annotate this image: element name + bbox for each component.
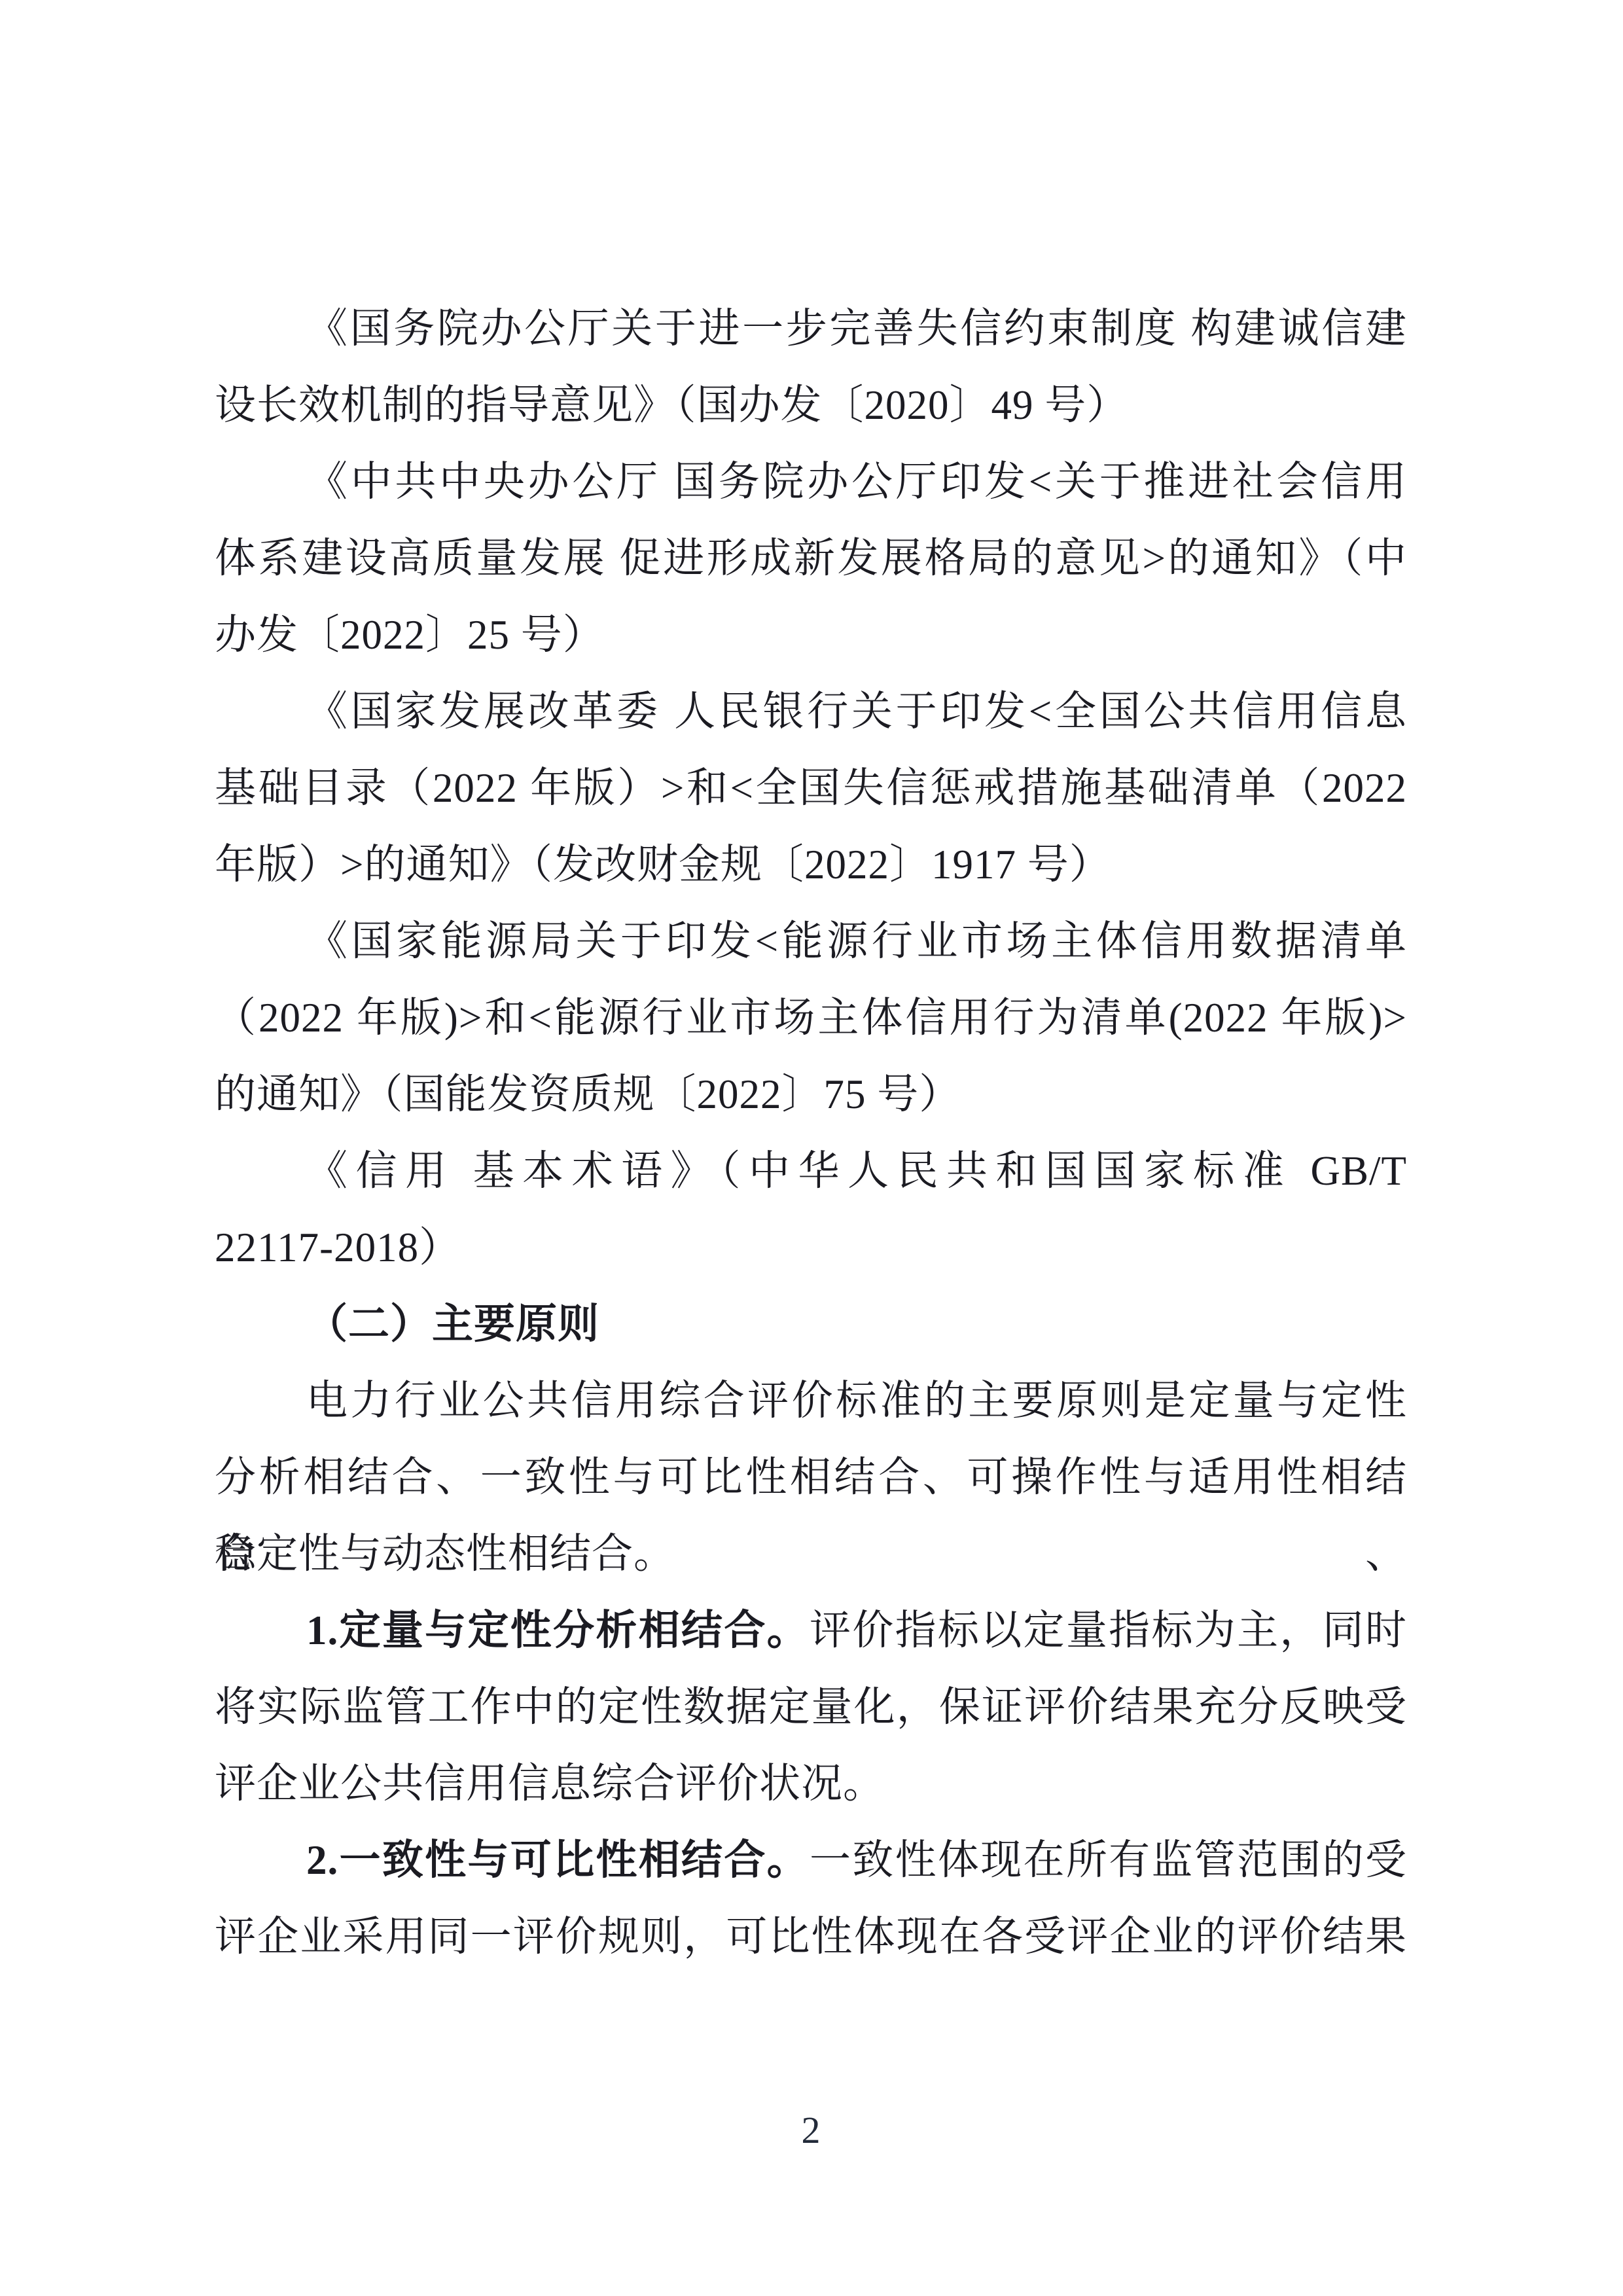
text-line: 《国家能源局关于印发<能源行业市场主体信用数据清单 [215,903,1407,980]
text-line: 《国务院办公厅关于进一步完善失信约束制度 构建诚信建 [215,291,1407,367]
text-line: 1.定量与定性分析相结合。评价指标以定量指标为主，同时 [215,1592,1407,1669]
body-paragraph-principle-2: 2.一致性与可比性相结合。一致性体现在所有监管范围的受 评企业采用同一评价规则，… [215,1822,1407,1975]
text-line: 评企业公共信用信息综合评价状况。 [215,1746,1407,1822]
text-line: 《信用 基本术语》（中华人民共和国国家标准 GB/T [215,1133,1407,1210]
text-line: 体系建设高质量发展 促进形成新发展格局的意见>的通知》（中 [215,520,1407,597]
text-line: 年版）>的通知》（发改财金规〔2022〕1917 号） [215,827,1407,903]
document-page: 《国务院办公厅关于进一步完善失信约束制度 构建诚信建 设长效机制的指导意见》（国… [0,0,1623,2296]
citation-paragraph-zhongbanfa: 《中共中央办公厅 国务院办公厅印发<关于推进社会信用 体系建设高质量发展 促进形… [215,444,1407,673]
text-line: 电力行业公共信用综合评价标准的主要原则是定量与定性 [215,1363,1407,1439]
citation-paragraph-gbt: 《信用 基本术语》（中华人民共和国国家标准 GB/T 22117-2018） [215,1133,1407,1286]
citation-paragraph-guonengfa: 《国家能源局关于印发<能源行业市场主体信用数据清单 （2022 年版)>和<能源… [215,903,1407,1133]
text-line: 的通知》（国能发资质规〔2022〕75 号） [215,1056,1407,1133]
principle-2-lead-text: 一致性体现在所有监管范围的受 [810,1837,1407,1883]
text-line: 分析相结合、一致性与可比性相结合、可操作性与适用性相结合、 [215,1439,1407,1516]
text-line: 《中共中央办公厅 国务院办公厅印发<关于推进社会信用 [215,444,1407,520]
body-paragraph-principles-overview: 电力行业公共信用综合评价标准的主要原则是定量与定性 分析相结合、一致性与可比性相… [215,1363,1407,1592]
text-line: 《国家发展改革委 人民银行关于印发<全国公共信用信息 [215,673,1407,750]
body-paragraph-principle-1: 1.定量与定性分析相结合。评价指标以定量指标为主，同时 将实际监管工作中的定性数… [215,1592,1407,1822]
section-heading-paragraph: （二）主要原则 [215,1286,1407,1363]
citation-paragraph-fagaicaijingui: 《国家发展改革委 人民银行关于印发<全国公共信用信息 基础目录（2022 年版）… [215,673,1407,903]
principle-1-lead-text: 评价指标以定量指标为主，同时 [810,1607,1407,1653]
text-line: 评企业采用同一评价规则，可比性体现在各受评企业的评价结果 [215,1899,1407,1975]
text-line: 基础目录（2022 年版）>和<全国失信惩戒措施基础清单（2022 [215,750,1407,827]
citation-paragraph-guobanfa: 《国务院办公厅关于进一步完善失信约束制度 构建诚信建 设长效机制的指导意见》（国… [215,291,1407,444]
principle-1-title: 1.定量与定性分析相结合。 [306,1607,810,1653]
text-line: 将实际监管工作中的定性数据定量化，保证评价结果充分反映受 [215,1669,1407,1746]
principle-2-title: 2.一致性与可比性相结合。 [306,1837,810,1883]
text-line: 22117-2018） [215,1210,1407,1286]
text-line: 办发〔2022〕25 号） [215,597,1407,673]
text-line: 2.一致性与可比性相结合。一致性体现在所有监管范围的受 [215,1822,1407,1899]
page-number: 2 [215,2092,1407,2168]
text-line: 设长效机制的指导意见》（国办发〔2020〕49 号） [215,367,1407,444]
text-line: （2022 年版)>和<能源行业市场主体信用行为清单(2022 年版)> [215,980,1407,1056]
section-heading: （二）主要原则 [215,1286,1407,1363]
